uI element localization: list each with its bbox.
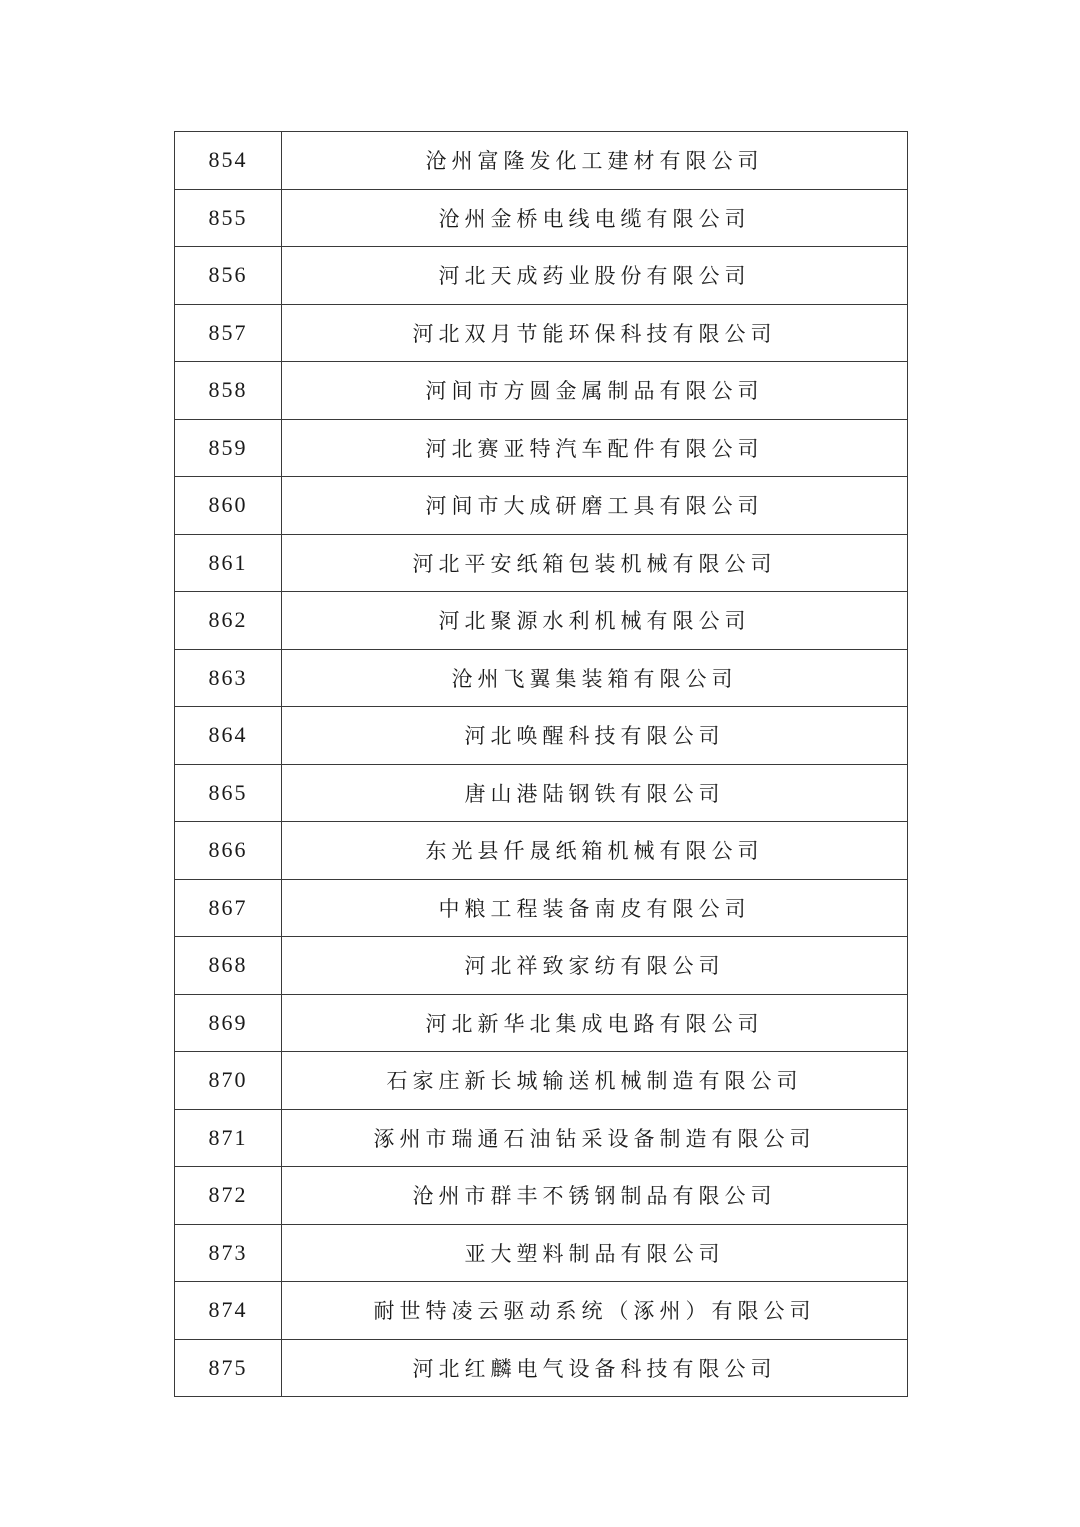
company-name: 河北唤醒科技有限公司: [282, 707, 908, 765]
row-number: 855: [175, 189, 282, 247]
row-number: 865: [175, 764, 282, 822]
company-name: 河北赛亚特汽车配件有限公司: [282, 419, 908, 477]
table-row: 867中粮工程装备南皮有限公司: [175, 879, 908, 937]
company-name: 河间市大成研磨工具有限公司: [282, 477, 908, 535]
company-name: 河北新华北集成电路有限公司: [282, 994, 908, 1052]
company-name: 耐世特凌云驱动系统（涿州）有限公司: [282, 1282, 908, 1340]
row-number: 856: [175, 247, 282, 305]
table-row: 874耐世特凌云驱动系统（涿州）有限公司: [175, 1282, 908, 1340]
table-row: 864河北唤醒科技有限公司: [175, 707, 908, 765]
row-number: 862: [175, 592, 282, 650]
table-row: 856河北天成药业股份有限公司: [175, 247, 908, 305]
company-name: 涿州市瑞通石油钻采设备制造有限公司: [282, 1109, 908, 1167]
row-number: 869: [175, 994, 282, 1052]
table-row: 875河北红麟电气设备科技有限公司: [175, 1339, 908, 1397]
company-name: 沧州富隆发化工建材有限公司: [282, 132, 908, 190]
row-number: 858: [175, 362, 282, 420]
table-row: 854沧州富隆发化工建材有限公司: [175, 132, 908, 190]
row-number: 861: [175, 534, 282, 592]
row-number: 870: [175, 1052, 282, 1110]
company-name: 沧州飞翼集装箱有限公司: [282, 649, 908, 707]
table-row: 855沧州金桥电线电缆有限公司: [175, 189, 908, 247]
table-row: 859河北赛亚特汽车配件有限公司: [175, 419, 908, 477]
company-name: 河北天成药业股份有限公司: [282, 247, 908, 305]
company-name: 河北双月节能环保科技有限公司: [282, 304, 908, 362]
company-name: 石家庄新长城输送机械制造有限公司: [282, 1052, 908, 1110]
table-row: 862河北聚源水利机械有限公司: [175, 592, 908, 650]
row-number: 864: [175, 707, 282, 765]
row-number: 874: [175, 1282, 282, 1340]
document-page: 854沧州富隆发化工建材有限公司 855沧州金桥电线电缆有限公司 856河北天成…: [0, 0, 1080, 1527]
row-number: 866: [175, 822, 282, 880]
table-row: 860河间市大成研磨工具有限公司: [175, 477, 908, 535]
row-number: 868: [175, 937, 282, 995]
row-number: 863: [175, 649, 282, 707]
company-name: 亚大塑料制品有限公司: [282, 1224, 908, 1282]
table-row: 871涿州市瑞通石油钻采设备制造有限公司: [175, 1109, 908, 1167]
table-row: 866东光县仟晟纸箱机械有限公司: [175, 822, 908, 880]
table-row: 869河北新华北集成电路有限公司: [175, 994, 908, 1052]
row-number: 871: [175, 1109, 282, 1167]
row-number: 857: [175, 304, 282, 362]
company-name: 河北红麟电气设备科技有限公司: [282, 1339, 908, 1397]
row-number: 854: [175, 132, 282, 190]
row-number: 867: [175, 879, 282, 937]
table-row: 858河间市方圆金属制品有限公司: [175, 362, 908, 420]
company-name: 河间市方圆金属制品有限公司: [282, 362, 908, 420]
row-number: 859: [175, 419, 282, 477]
table-row: 873亚大塑料制品有限公司: [175, 1224, 908, 1282]
company-name: 唐山港陆钢铁有限公司: [282, 764, 908, 822]
company-name: 河北祥致家纺有限公司: [282, 937, 908, 995]
row-number: 872: [175, 1167, 282, 1225]
table-row: 865唐山港陆钢铁有限公司: [175, 764, 908, 822]
table-row: 863沧州飞翼集装箱有限公司: [175, 649, 908, 707]
company-name: 沧州市群丰不锈钢制品有限公司: [282, 1167, 908, 1225]
company-list-table: 854沧州富隆发化工建材有限公司 855沧州金桥电线电缆有限公司 856河北天成…: [174, 131, 908, 1397]
row-number: 875: [175, 1339, 282, 1397]
table-row: 861河北平安纸箱包装机械有限公司: [175, 534, 908, 592]
company-name: 河北聚源水利机械有限公司: [282, 592, 908, 650]
company-name: 河北平安纸箱包装机械有限公司: [282, 534, 908, 592]
table-row: 870石家庄新长城输送机械制造有限公司: [175, 1052, 908, 1110]
company-name: 东光县仟晟纸箱机械有限公司: [282, 822, 908, 880]
company-name: 中粮工程装备南皮有限公司: [282, 879, 908, 937]
table-row: 868河北祥致家纺有限公司: [175, 937, 908, 995]
row-number: 873: [175, 1224, 282, 1282]
row-number: 860: [175, 477, 282, 535]
company-name: 沧州金桥电线电缆有限公司: [282, 189, 908, 247]
table-row: 872沧州市群丰不锈钢制品有限公司: [175, 1167, 908, 1225]
table-row: 857河北双月节能环保科技有限公司: [175, 304, 908, 362]
